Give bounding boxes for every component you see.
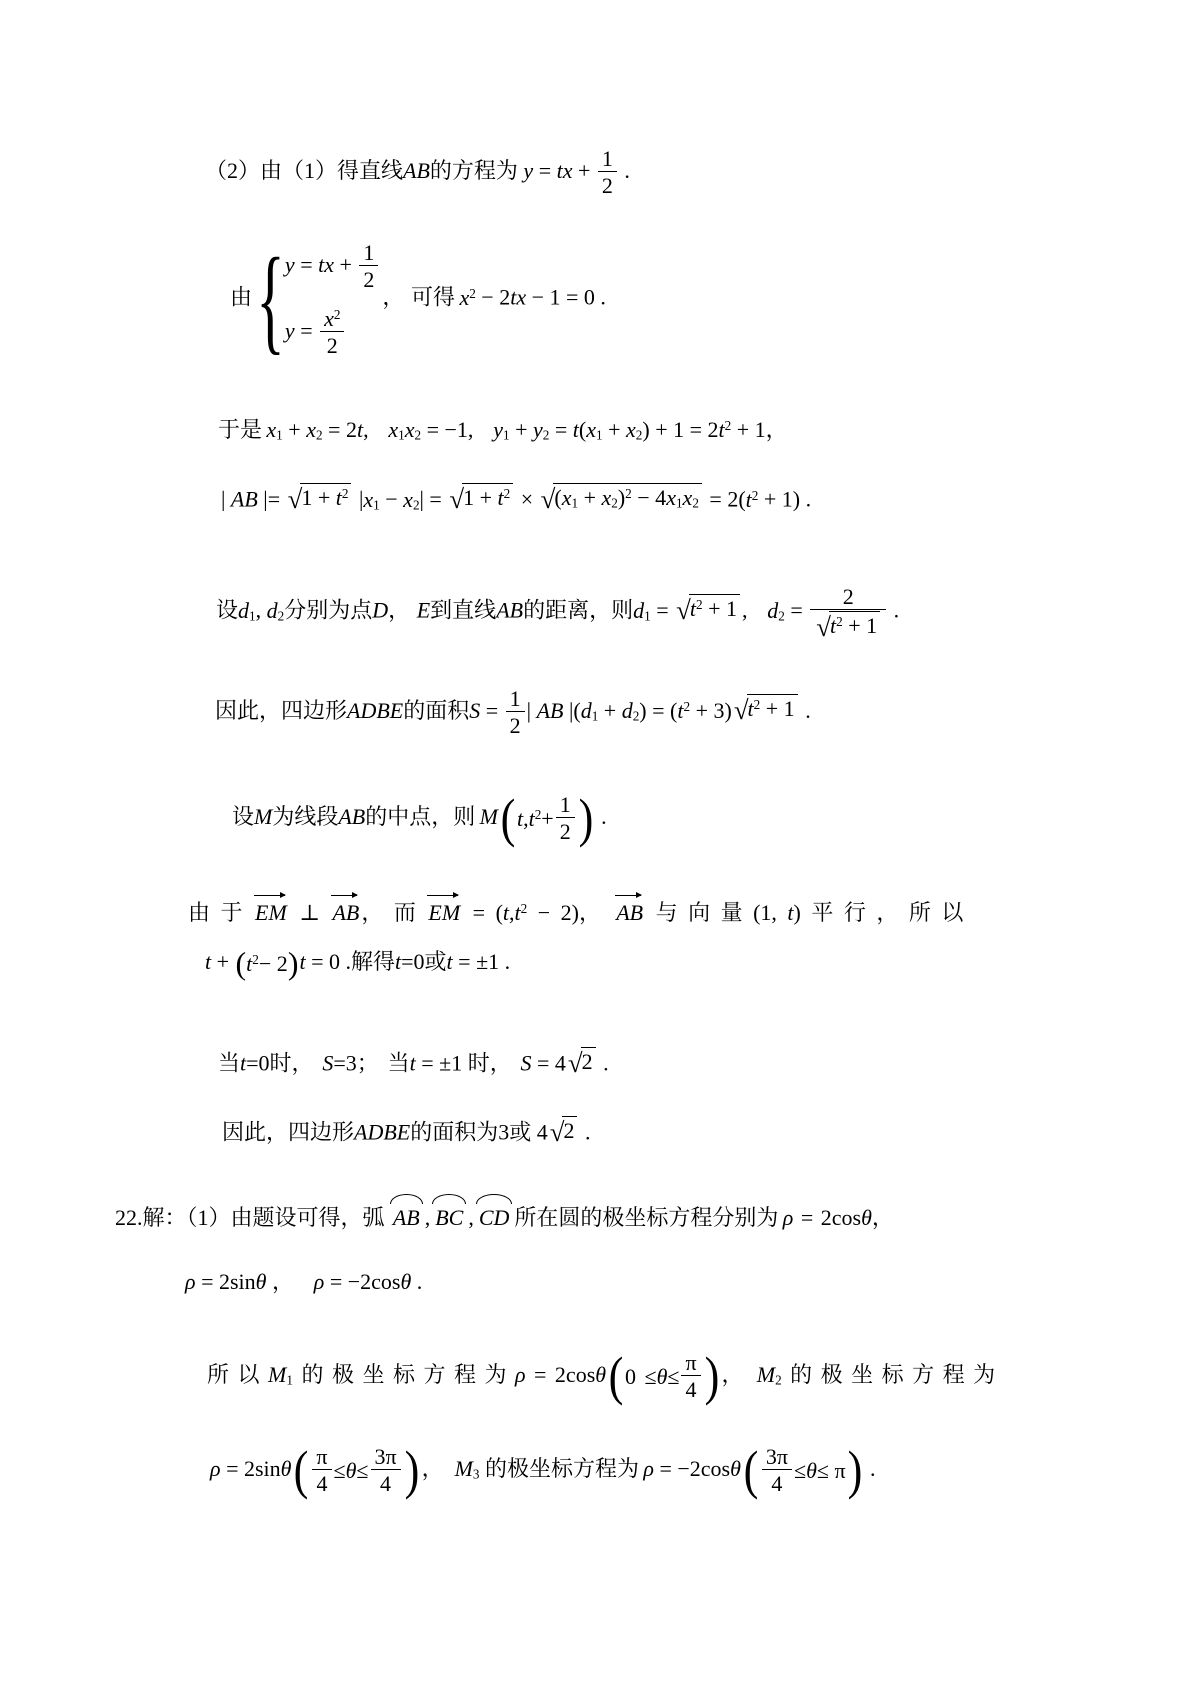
- polar-equations-line: ρ = 2sinθ ，ρ = −2cosθ .: [185, 1266, 422, 1298]
- area-values-line: 当t=0时，S=3；当t = ±1 时，S = 4√2 .: [218, 1047, 609, 1080]
- m3-polar-line: ρ = 2sinθ(π4 ≤ θ ≤ 3π4)，M3 的极坐标方程为ρ = −2…: [210, 1444, 876, 1498]
- part2-line-equation-ab: （2）由（1）得直线AB的方程为y = tx + 12 .: [205, 146, 630, 200]
- perpendicular-condition-line: 由 于 EM ⊥ AB， 而 EM = (t,t2 − 2)，AB 与 向 量 …: [188, 894, 963, 929]
- distances-line: 设d1, d2分别为点D，E到直线AB的距离，则d1 = √t2 + 1,d2 …: [216, 584, 899, 641]
- document-page: （2）由（1）得直线AB的方程为y = tx + 12 . 由{y = tx +…: [0, 0, 1200, 1698]
- m1-m2-polar-line: 所 以 M1 的 极 坐 标 方 程 为 ρ = 2cosθ(0 ≤ θ ≤ π…: [207, 1350, 995, 1404]
- system-of-equations-line: 由{y = tx + 12y = x22，可得x2 − 2tx − 1 = 0 …: [230, 240, 606, 359]
- vieta-sums-line: 于是x1 + x2 = 2t,x1x2 = −1,y1 + y2 = t(x1 …: [218, 414, 788, 446]
- midpoint-line: 设M为线段AB的中点，则M(t,t2 + 12) .: [232, 792, 607, 846]
- area-conclusion-line: 因此，四边形ADBE的面积为3或 4√2 .: [222, 1116, 590, 1149]
- problem22-intro-line: 22.解：（1）由题设可得，弧AB,BC,CD所在圆的极坐标方程分别为ρ = 2…: [115, 1198, 894, 1234]
- area-formula-line: 因此，四边形ADBE的面积S = 12| AB |(d1 + d2) = (t2…: [215, 686, 811, 740]
- ab-length-line: | AB |= √1 + t2 |x1 − x2| = √1 + t2 × √(…: [221, 483, 811, 516]
- solve-t-line: t + (t2 − 2)t = 0 .解得t=0或t = ±1 .: [205, 946, 510, 980]
